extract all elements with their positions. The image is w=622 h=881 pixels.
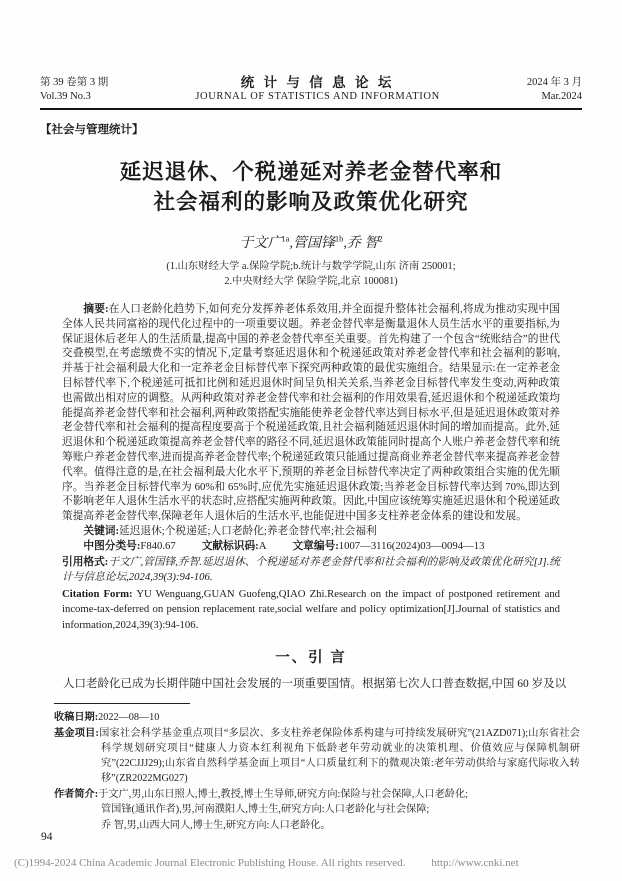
journal-page: 第 39 卷第 3 期 Vol.39 No.3 统 计 与 信 息 论 坛 JO… bbox=[0, 0, 622, 881]
journal-title-en: JOURNAL OF STATISTICS AND INFORMATION bbox=[108, 90, 527, 104]
clc-label: 中图分类号: bbox=[83, 540, 140, 552]
clc-number: F840.67 bbox=[140, 540, 175, 552]
article-id: 1007—3116(2024)03—0094—13 bbox=[339, 540, 485, 552]
funding-line: 基金项目:国家社会科学基金重点项目“多层次、多支柱养老保险体系构建与可持续发展研… bbox=[54, 726, 580, 787]
received-date: 2022—08—10 bbox=[98, 712, 159, 723]
author-name: 于文广 bbox=[239, 236, 281, 251]
copyright-bar: (C)1994-2024 China Academic Journal Elec… bbox=[14, 857, 519, 869]
author-superscript: 2 bbox=[378, 233, 382, 243]
author-bio-1: 于文广,男,山东日照人,博士,教授,博士生导师,研究方向:保险与社会保障,人口老… bbox=[98, 789, 468, 800]
keywords-text: 延迟退休;个税递延;人口老龄化;养老金替代率;社会福利 bbox=[119, 525, 377, 537]
section-tag: 【社会与管理统计】 bbox=[40, 121, 582, 137]
citation-en-text: YU Wenguang,GUAN Guofeng,QIAO Zhi.Resear… bbox=[62, 588, 560, 631]
copyright-notice: (C)1994-2024 China Academic Journal Elec… bbox=[14, 857, 405, 869]
abstract-paragraph: 摘要:在人口老龄化趋势下,如何充分发挥养老体系效用,并全面提升整体社会福利,将成… bbox=[62, 302, 560, 524]
author-name: ,乔 智 bbox=[343, 236, 378, 251]
citation-cn: 引用格式:于文广,管国锋,乔智.延迟退休、个税递延对养老金替代率和社会福利的影响… bbox=[62, 555, 560, 585]
issue-date-en: Mar.2024 bbox=[527, 90, 582, 104]
header-rule bbox=[40, 108, 582, 110]
header-volume: 第 39 卷第 3 期 Vol.39 No.3 bbox=[40, 76, 108, 103]
doc-code-label: 文献标识码: bbox=[202, 540, 259, 552]
citation-en: Citation Form: YU Wenguang,GUAN Guofeng,… bbox=[62, 587, 560, 634]
abstract-block: 摘要:在人口老龄化趋势下,如何充分发挥养老体系效用,并全面提升整体社会福利,将成… bbox=[62, 302, 560, 633]
article-title-line2: 社会福利的影响及政策优化研究 bbox=[40, 187, 582, 217]
cnki-url: http://www.cnki.net bbox=[431, 857, 518, 869]
affiliation-line2: 2.中央财经大学 保险学院,北京 100081) bbox=[40, 274, 582, 289]
footnote-rule bbox=[54, 703, 190, 704]
header-date: 2024 年 3 月 Mar.2024 bbox=[527, 76, 582, 103]
journal-volume-cn: 第 39 卷第 3 期 bbox=[40, 76, 108, 90]
journal-title-cn: 统 计 与 信 息 论 坛 bbox=[108, 76, 527, 90]
citation-en-label: Citation Form: bbox=[62, 588, 133, 600]
received-date-line: 收稿日期:2022—08—10 bbox=[54, 710, 580, 725]
keywords-line: 关键词:延迟退休;个税递延;人口老龄化;养老金替代率;社会福利 bbox=[62, 524, 560, 539]
article-title-line1: 延迟退休、个税递延对养老金替代率和 bbox=[40, 157, 582, 187]
author-bio-line: 作者简介:于文广,男,山东日照人,博士,教授,博士生导师,研究方向:保险与社会保… bbox=[54, 787, 580, 802]
author-bio-2: 管国锋(通讯作者),男,河南濮阳人,博士生,研究方向:人口老龄化与社会保障; bbox=[54, 802, 580, 817]
issue-date-cn: 2024 年 3 月 bbox=[527, 76, 582, 90]
meta-line: 中图分类号:F840.67文献标识码:A文章编号:1007—3116(2024)… bbox=[62, 539, 560, 554]
received-label: 收稿日期: bbox=[54, 712, 98, 723]
funding-label: 基金项目: bbox=[54, 728, 99, 739]
abstract-text: 在人口老龄化趋势下,如何充分发挥养老体系效用,并全面提升整体社会福利,将成为推动… bbox=[62, 303, 560, 522]
keywords-label: 关键词: bbox=[83, 525, 119, 537]
article-id-label: 文章编号: bbox=[292, 540, 338, 552]
bio-label: 作者简介: bbox=[54, 789, 98, 800]
doc-code: A bbox=[259, 540, 267, 552]
authors-line: 于文广1a,管国锋1b,乔 智2 bbox=[40, 232, 582, 252]
journal-header: 第 39 卷第 3 期 Vol.39 No.3 统 计 与 信 息 论 坛 JO… bbox=[40, 76, 582, 103]
abstract-label: 摘要: bbox=[83, 303, 108, 315]
affiliation-line1: (1.山东财经大学 a.保险学院;b.统计与数学学院,山东 济南 250001; bbox=[40, 259, 582, 274]
header-journal-name: 统 计 与 信 息 论 坛 JOURNAL OF STATISTICS AND … bbox=[108, 76, 527, 103]
affiliation: (1.山东财经大学 a.保险学院;b.统计与数学学院,山东 济南 250001;… bbox=[40, 259, 582, 289]
funding-project: 国家社会科学基金重点项目“多层次、多支柱养老保险体系构建与可持续发展研究”(21… bbox=[99, 728, 580, 785]
citation-cn-text: 于文广,管国锋,乔智.延迟退休、个税递延对养老金替代率和社会福利的影响及政策优化… bbox=[62, 556, 560, 583]
article-title: 延迟退休、个税递延对养老金替代率和 社会福利的影响及政策优化研究 bbox=[40, 157, 582, 217]
author-bio-3: 乔 智,男,山西大同人,博士生,研究方向:人口老龄化。 bbox=[54, 818, 580, 833]
page-number: 94 bbox=[41, 831, 53, 843]
footnote-block: 收稿日期:2022—08—10 基金项目:国家社会科学基金重点项目“多层次、多支… bbox=[54, 710, 580, 833]
section-heading: 一、引 言 bbox=[40, 646, 582, 667]
citation-cn-label: 引用格式: bbox=[62, 556, 108, 568]
intro-paragraph: 人口老龄化已成为长期伴随中国社会发展的一项重要国情。根据第七次人口普查数据,中国… bbox=[40, 676, 582, 693]
journal-volume-en: Vol.39 No.3 bbox=[40, 90, 108, 104]
author-name: ,管国锋 bbox=[289, 236, 335, 251]
